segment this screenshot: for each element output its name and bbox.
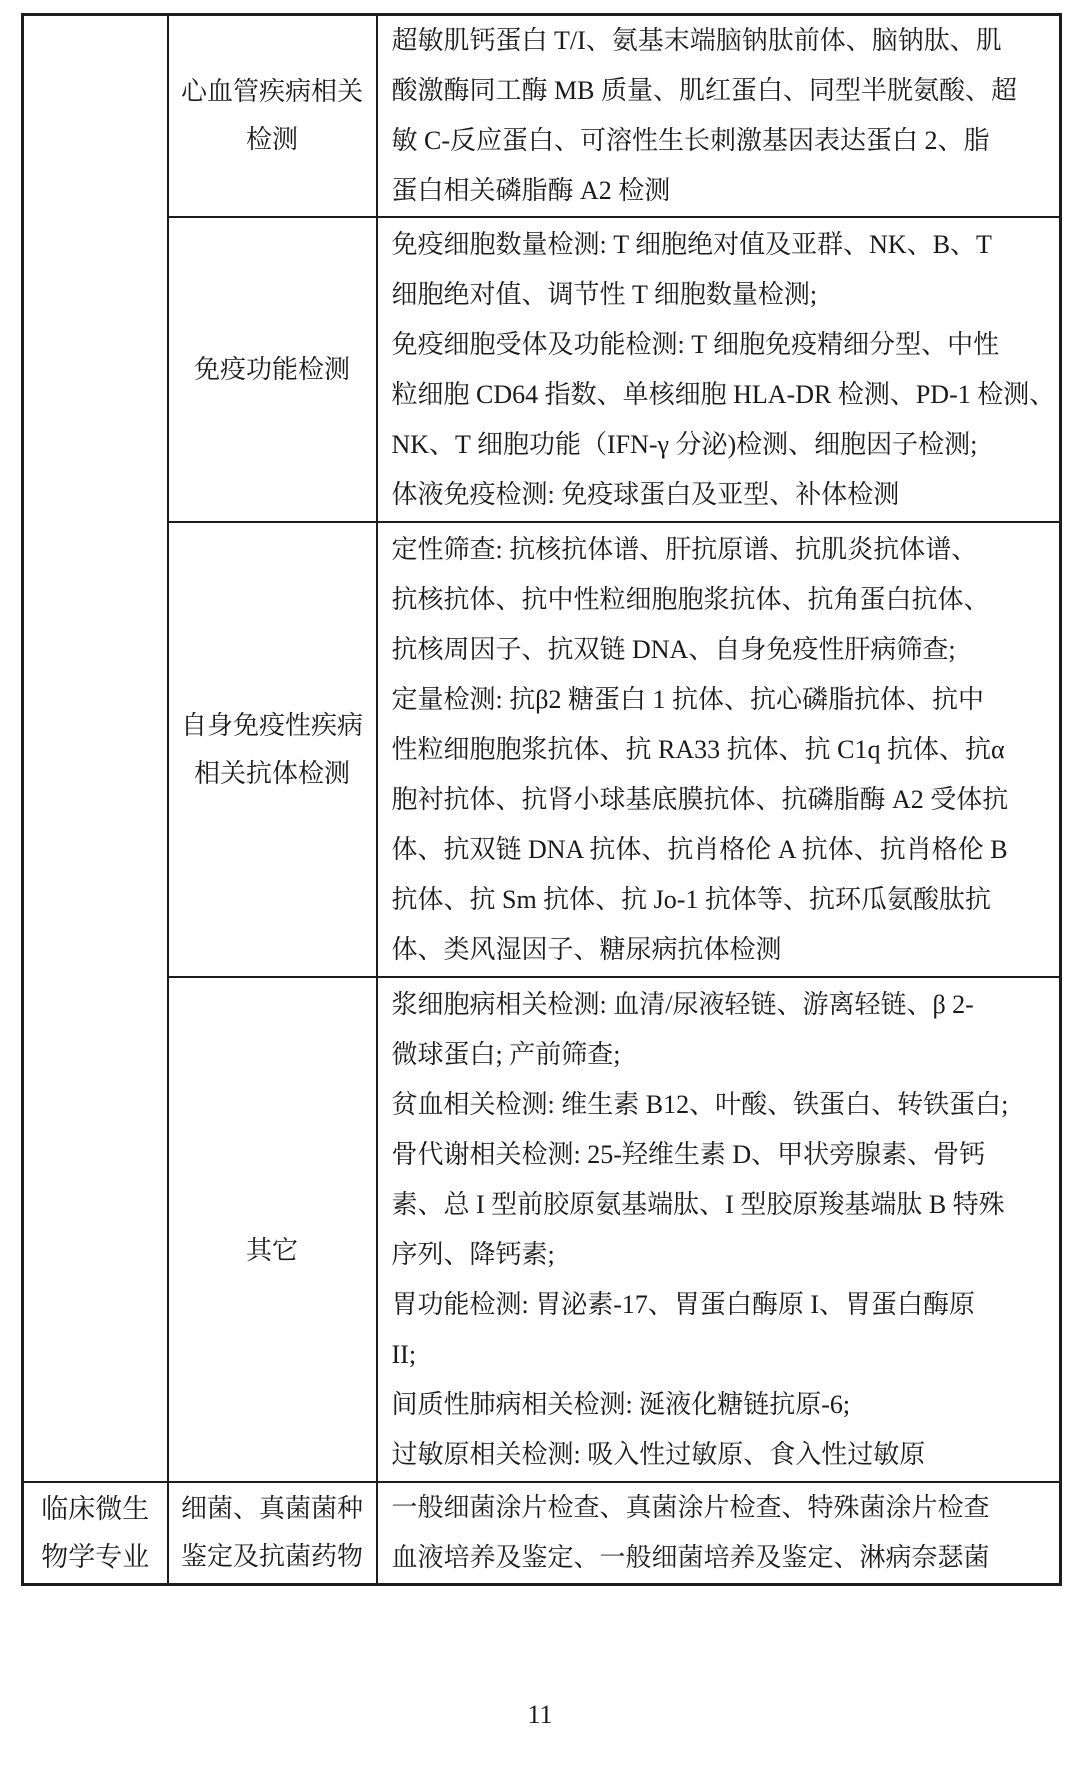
tests-text: 超敏肌钙蛋白 T/I、氨基末端脑钠肽前体、脑钠肽、肌 酸激酶同工酶 MB 质量、… — [378, 16, 1060, 216]
tests-text: 定性筛查: 抗核抗体谱、肝抗原谱、抗肌炎抗体谱、 抗核抗体、抗中性粒细胞胞浆抗体… — [378, 525, 1060, 975]
table-row: 心血管疾病相关 检测 超敏肌钙蛋白 T/I、氨基末端脑钠肽前体、脑钠肽、肌 酸激… — [23, 15, 1061, 218]
page-number: 11 — [0, 1700, 1080, 1730]
table-row: 临床微生 物学专业 细菌、真菌菌种 鉴定及抗菌药物 一般细菌涂片检查、真菌涂片检… — [23, 1482, 1061, 1585]
tests-cell-bacteria-fungi: 一般细菌涂片检查、真菌涂片检查、特殊菌涂片检查 血液培养及鉴定、一般细菌培养及鉴… — [377, 1482, 1061, 1585]
subcategory-label: 细菌、真菌菌种 鉴定及抗菌药物 — [169, 1485, 376, 1581]
category-cell-continued — [23, 15, 168, 1483]
subcategory-cell-autoimmune: 自身免疫性疾病 相关抗体检测 — [168, 522, 377, 977]
subcategory-cell-bacteria-fungi: 细菌、真菌菌种 鉴定及抗菌药物 — [168, 1482, 377, 1585]
table-row: 自身免疫性疾病 相关抗体检测 定性筛查: 抗核抗体谱、肝抗原谱、抗肌炎抗体谱、 … — [23, 522, 1061, 977]
tests-cell-other: 浆细胞病相关检测: 血清/尿液轻链、游离轻链、β 2- 微球蛋白; 产前筛查; … — [377, 977, 1061, 1482]
tests-text: 免疫细胞数量检测: T 细胞绝对值及亚群、NK、B、T 细胞绝对值、调节性 T … — [378, 220, 1060, 520]
subcategory-cell-cardiovascular: 心血管疾病相关 检测 — [168, 15, 377, 218]
table-row: 其它 浆细胞病相关检测: 血清/尿液轻链、游离轻链、β 2- 微球蛋白; 产前筛… — [23, 977, 1061, 1482]
tests-text: 浆细胞病相关检测: 血清/尿液轻链、游离轻链、β 2- 微球蛋白; 产前筛查; … — [378, 980, 1060, 1480]
subcategory-label: 自身免疫性疾病 相关抗体检测 — [169, 702, 376, 798]
subcategory-cell-other: 其它 — [168, 977, 377, 1482]
table-row: 免疫功能检测 免疫细胞数量检测: T 细胞绝对值及亚群、NK、B、T 细胞绝对值… — [23, 217, 1061, 522]
category-label: 临床微生 物学专业 — [24, 1485, 167, 1581]
subcategory-label: 其它 — [169, 1185, 376, 1275]
tests-cell-cardiovascular: 超敏肌钙蛋白 T/I、氨基末端脑钠肽前体、脑钠肽、肌 酸激酶同工酶 MB 质量、… — [377, 15, 1061, 218]
subcategory-label: 心血管疾病相关 检测 — [169, 68, 376, 164]
tests-text: 一般细菌涂片检查、真菌涂片检查、特殊菌涂片检查 血液培养及鉴定、一般细菌培养及鉴… — [378, 1483, 1060, 1583]
lab-tests-table: 心血管疾病相关 检测 超敏肌钙蛋白 T/I、氨基末端脑钠肽前体、脑钠肽、肌 酸激… — [21, 13, 1062, 1586]
tests-cell-autoimmune: 定性筛查: 抗核抗体谱、肝抗原谱、抗肌炎抗体谱、 抗核抗体、抗中性粒细胞胞浆抗体… — [377, 522, 1061, 977]
subcategory-label: 免疫功能检测 — [169, 346, 376, 394]
tests-cell-immune-function: 免疫细胞数量检测: T 细胞绝对值及亚群、NK、B、T 细胞绝对值、调节性 T … — [377, 217, 1061, 522]
category-cell-microbiology: 临床微生 物学专业 — [23, 1482, 168, 1585]
document-page: 心血管疾病相关 检测 超敏肌钙蛋白 T/I、氨基末端脑钠肽前体、脑钠肽、肌 酸激… — [0, 0, 1080, 1790]
subcategory-cell-immune-function: 免疫功能检测 — [168, 217, 377, 522]
